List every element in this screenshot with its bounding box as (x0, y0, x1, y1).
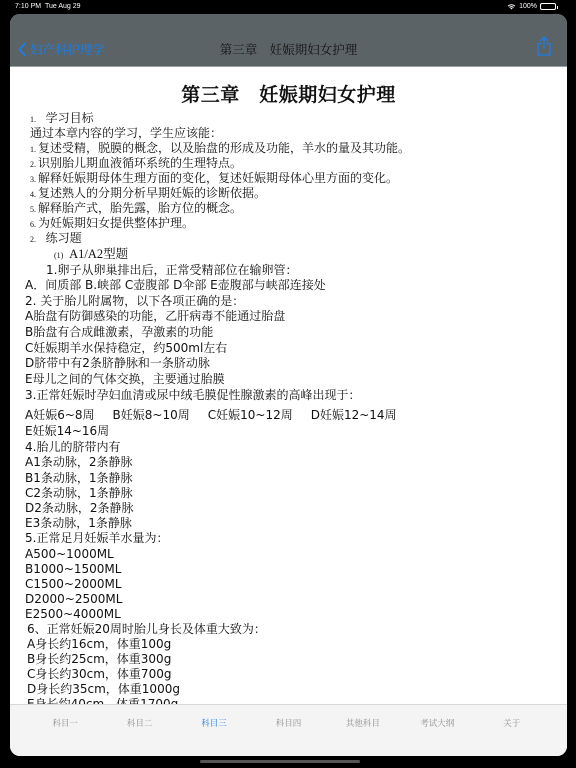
date-text: Tue Aug 29 (45, 3, 81, 10)
question-option: B1000~1500ML (25, 561, 121, 577)
subsection-label: A1/A2型题 (69, 247, 128, 261)
item-text: 解释妊娠期母体生理方面的变化，复述妊娠期母体心里方面的变化。 (38, 171, 398, 185)
subsection-number: (1) (54, 251, 63, 260)
tab-subject-2[interactable]: 科目二 (110, 717, 170, 729)
question-option: A妊娠6~8周 (25, 408, 95, 422)
question-option: E母儿之间的气体交换，主要通过胎膜 (25, 371, 225, 387)
intro-text: 通过本章内容的学习，学生应该能： (30, 125, 222, 141)
wifi-icon (507, 3, 516, 10)
question-option: E身长约40cm，体重1700g (27, 696, 178, 704)
question-option: D脐带中有2条脐静脉和一条脐动脉 (25, 355, 210, 371)
item-number: 2. (30, 160, 36, 169)
question-option: A身长约16cm，体重100g (27, 636, 171, 652)
question-stem: 3.正常妊娠时孕妇血清或尿中绒毛膜促性腺激素的高峰出现于： (25, 387, 360, 403)
item-text: 为妊娠期妇女提供整体护理。 (38, 216, 194, 230)
question-option: C身长约30cm，体重700g (27, 666, 171, 682)
tab-exam-syllabus[interactable]: 考试大纲 (407, 717, 467, 729)
section-number: 2. (30, 235, 36, 244)
question-option: B胎盘有合成雌激素，孕激素的功能 (25, 324, 213, 340)
document-title: 第三章 妊娠期妇女护理 (10, 80, 567, 107)
time-text: 7:10 PM (15, 3, 41, 10)
section-label: 练习题 (46, 231, 82, 245)
tab-bar: 科目一 科目二 科目三 科目四 其他科目 考试大纲 关于 (10, 704, 567, 756)
question-option: B身长约25cm，体重300g (27, 651, 171, 667)
share-icon[interactable] (537, 36, 551, 56)
tab-subject-4[interactable]: 科目四 (258, 717, 318, 729)
battery-percent: 100% (519, 3, 537, 10)
question-option: E2500~4000ML (25, 606, 121, 622)
item-number: 1. (30, 145, 36, 154)
question-option: D身长约35cm，体重1000g (27, 681, 180, 697)
question-option: A500~1000ML (25, 546, 114, 562)
tab-other-subjects[interactable]: 其他科目 (333, 717, 393, 729)
item-number: 4. (30, 190, 36, 199)
tab-about[interactable]: 关于 (482, 717, 542, 729)
item-text: 解释胎产式，胎先露，胎方位的概念。 (38, 201, 242, 215)
question-option: C妊娠期羊水保持稳定，约500ml左右 (25, 340, 227, 356)
question-option: A胎盘有防御感染的功能，乙肝病毒不能通过胎盘 (25, 308, 285, 324)
section-label: 学习目标 (46, 111, 94, 125)
question-option: C妊娠10~12周 (208, 408, 293, 422)
question-option: D妊娠12~14周 (311, 408, 397, 422)
item-number: 6. (30, 220, 36, 229)
navigation-bar: 妇产科护理学 第三章 妊娠期妇女护理 (10, 14, 567, 67)
battery-icon (540, 3, 556, 10)
question-stem: 4.胎儿的脐带内有 (25, 439, 120, 455)
item-text: 复述熟人的分期分析早期妊娠的诊断依据。 (38, 186, 266, 200)
tab-subject-3[interactable]: 科目三 (184, 717, 244, 729)
question-option: C2条动脉，1条静脉 (25, 485, 133, 501)
question-stem: 6、正常妊娠20周时胎儿身长及体重大致为： (27, 621, 266, 637)
tab-subject-1[interactable]: 科目一 (35, 717, 95, 729)
app-window: 妇产科护理学 第三章 妊娠期妇女护理 第三章 妊娠期妇女护理 1. 学习目标 通… (10, 14, 567, 756)
question-option: B1条动脉，1条静脉 (25, 470, 133, 486)
status-bar: 7:10 PM Tue Aug 29 100% (0, 0, 576, 14)
question-option: E3条动脉，1条静脉 (25, 515, 132, 531)
question-option: D2000~2500ML (25, 591, 122, 607)
question-stem: 2. 关于胎儿附属物，以下各项正确的是： (25, 293, 244, 309)
question-stem: 5.正常足月妊娠羊水量为： (25, 530, 168, 546)
home-indicator[interactable] (200, 760, 360, 763)
item-number: 3. (30, 175, 36, 184)
item-number: 5. (30, 205, 36, 214)
status-indicators: 100% (507, 3, 556, 10)
nav-title: 第三章 妊娠期妇女护理 (10, 40, 567, 58)
document-content[interactable]: 第三章 妊娠期妇女护理 1. 学习目标 通过本章内容的学习，学生应该能： 1.复… (10, 68, 567, 704)
status-time: 7:10 PM Tue Aug 29 (15, 3, 81, 10)
item-text: 识别胎儿期血液循环系统的生理特点。 (38, 156, 242, 170)
item-text: 复述受精，脱膜的概念，以及胎盘的形成及功能，羊水的量及其功能。 (38, 141, 410, 155)
question-option: B妊娠8~10周 (113, 408, 190, 422)
question-stem: 1.卵子从卵巢排出后，正常受精部位在输卵管： (46, 262, 297, 278)
question-options: A．间质部 B.峡部 C壶腹部 D伞部 E壶腹部与峡部连接处 (25, 277, 326, 293)
question-option: D2条动脉，2条静脉 (25, 500, 134, 516)
question-option: C1500~2000ML (25, 576, 122, 592)
question-option: E妊娠14~16周 (25, 423, 109, 439)
section-number: 1. (30, 115, 36, 124)
question-options-row: A妊娠6~8周B妊娠8~10周C妊娠10~12周D妊娠12~14周 (25, 407, 415, 423)
question-option: A1条动脉，2条静脉 (25, 454, 132, 470)
